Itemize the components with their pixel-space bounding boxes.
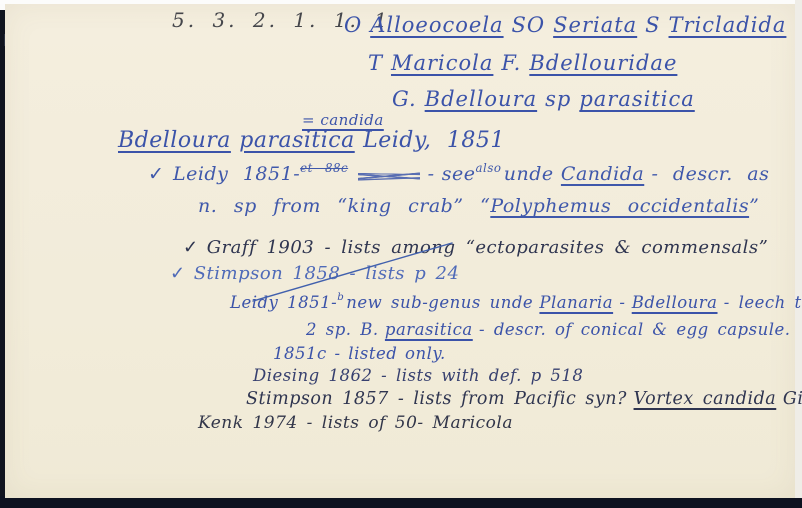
entry-text: Stimpson 1858 - lists p 24 bbox=[194, 263, 460, 284]
checkmark-icon: ✓ bbox=[170, 263, 186, 284]
entry-kenk-1974: Kenk 1974 - lists of 50- Maricola bbox=[198, 413, 513, 433]
card-title-species-heading: BdellouraparasiticaLeidy, 1851 bbox=[118, 128, 505, 153]
entry-stimpson-1858: ✓Stimpson 1858 - lists p 24 bbox=[170, 263, 459, 284]
genus-name: Bdelloura bbox=[425, 87, 537, 111]
inserted-word-also: also bbox=[476, 161, 502, 175]
entry-see: see bbox=[442, 163, 476, 185]
bdelloura-reference: Bdelloura bbox=[632, 293, 718, 312]
section-name: Tricladida bbox=[669, 13, 787, 37]
scribbled-out-word bbox=[358, 169, 420, 182]
entry-seg2: - leech tail bbox=[724, 293, 802, 312]
entry-text: Graff 1903 - lists among “ectoparasites … bbox=[207, 237, 769, 258]
closing-quote: ” bbox=[749, 195, 759, 217]
rank-abbrev-species: sp bbox=[545, 87, 571, 111]
entry-seg1: new sub-genus unde bbox=[346, 293, 533, 312]
entry-tail: - descr. of conical & egg capsule. bbox=[479, 320, 790, 339]
entry-tail: - descr. as bbox=[651, 163, 769, 185]
host-note: n. sp from “king crab” “ bbox=[198, 195, 490, 217]
taxonomy-line-order: OAlloeocoelaSOSeriataSTricladida bbox=[344, 13, 786, 37]
rank-abbrev-genus: G. bbox=[392, 87, 417, 111]
taxonomy-line-tribe-family: TMaricolaF.Bdellouridae bbox=[368, 51, 677, 75]
planaria-reference: Planaria bbox=[539, 293, 613, 312]
entry-graff-1903: ✓Graff 1903 - lists among “ectoparasites… bbox=[183, 237, 768, 258]
entry-dash: - bbox=[428, 163, 435, 185]
species-name: parasitica bbox=[579, 87, 694, 111]
rank-abbrev-section: S bbox=[645, 13, 660, 37]
taxonomy-line-genus-species: G.Bdellouraspparasitica bbox=[392, 87, 695, 111]
entry-leidy-1851b: Leidy 1851-bnew sub-genus undePlanaria-B… bbox=[230, 293, 802, 312]
family-name: Bdellouridae bbox=[529, 51, 677, 75]
rank-abbrev-suborder: SO bbox=[512, 13, 546, 37]
rank-abbrev-tribe: T bbox=[368, 51, 383, 75]
entry-mid: unde bbox=[504, 163, 554, 185]
candida-reference: Candida bbox=[561, 163, 644, 185]
entry-leidy-1851b-continuation: 2 sp. B.parasitica- descr. of conical & … bbox=[306, 320, 791, 339]
superscript-b: b bbox=[337, 292, 344, 303]
title-authority: Leidy, 1851 bbox=[363, 128, 505, 153]
entry-dash: - bbox=[619, 293, 625, 312]
entry-lead: Stimpson 1857 - lists from Pacific syn? bbox=[246, 389, 627, 409]
rank-abbrev-order: O bbox=[344, 13, 362, 37]
entry-leidy-1851: ✓Leidy 1851-et 88c-seealsoundeCandida- d… bbox=[148, 163, 769, 185]
handwriting-layer: 5. 3. 2. 1. 1. 1 OAlloeocoelaSOSeriataST… bbox=[0, 0, 802, 508]
entry-tail: Girard bbox=[783, 389, 802, 409]
entry-lead: Leidy 1851- bbox=[173, 163, 300, 185]
entry-stimpson-1857: Stimpson 1857 - lists from Pacific syn?V… bbox=[246, 389, 802, 409]
order-name: Alloeocoela bbox=[370, 13, 503, 37]
title-genus: Bdelloura bbox=[118, 128, 231, 153]
host-species-name: Polyphemus occidentalis bbox=[490, 195, 749, 217]
title-species: parasitica bbox=[239, 128, 354, 153]
checkmark-icon: ✓ bbox=[183, 237, 199, 258]
scanned-index-card-photo: 5. 3. 2. 1. 1. 1 OAlloeocoelaSOSeriataST… bbox=[0, 0, 802, 508]
struck-superscript: et 88c bbox=[300, 161, 348, 175]
suborder-name: Seriata bbox=[553, 13, 637, 37]
vortex-candida-reference: Vortex candida bbox=[634, 389, 777, 409]
entry-lead: 2 sp. B. bbox=[306, 320, 379, 339]
rank-abbrev-family: F. bbox=[501, 51, 521, 75]
entry-lead: Leidy 1851- bbox=[230, 293, 337, 312]
synonym-insertion: = candida bbox=[302, 111, 384, 129]
entry-1851c: 1851c - listed only. bbox=[273, 344, 446, 363]
checkmark-icon: ✓ bbox=[148, 163, 164, 185]
parasitica-reference: parasitica bbox=[385, 320, 473, 339]
tribe-name: Maricola bbox=[391, 51, 493, 75]
entry-diesing-1862: Diesing 1862 - lists with def. p 518 bbox=[253, 366, 583, 385]
entry-leidy-1851-continuation: n. sp from “king crab” “Polyphemus occid… bbox=[198, 195, 759, 217]
